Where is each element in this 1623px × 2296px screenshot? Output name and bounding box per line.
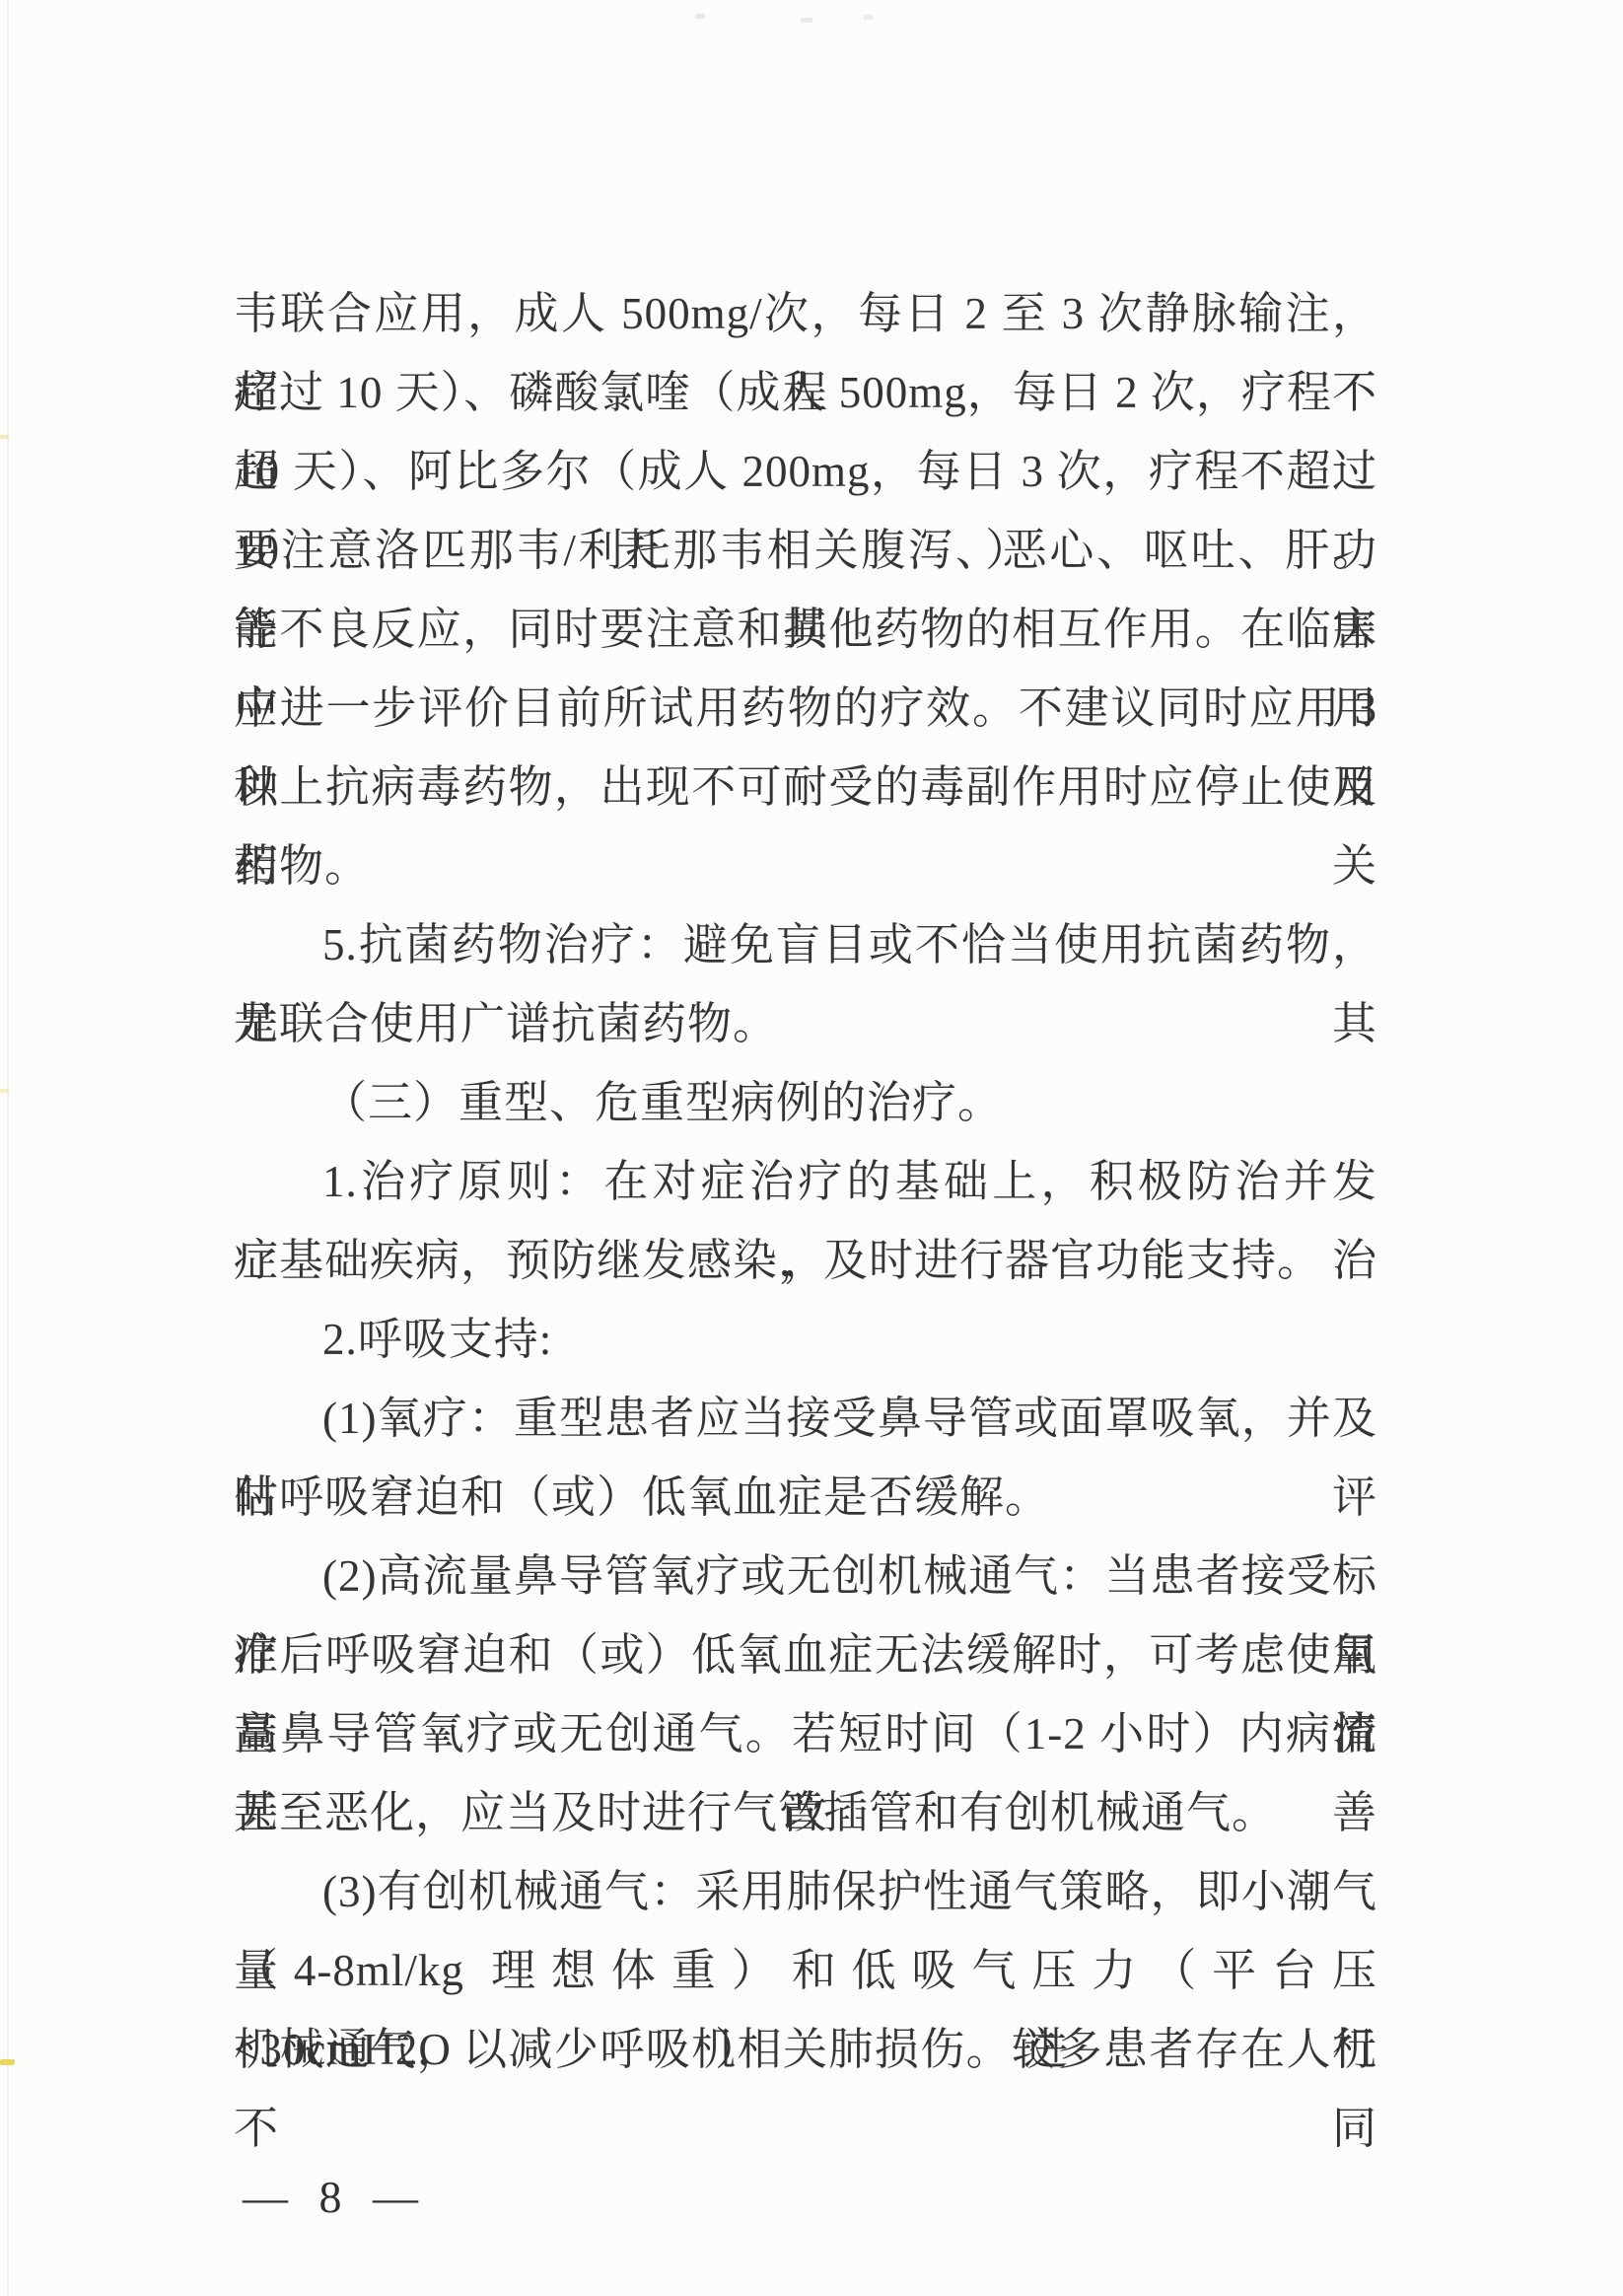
text-line: 2.呼吸支持: (234, 1300, 1377, 1379)
text-line: 韦联合应用，成人 500mg/次，每日 2 至 3 次静脉输注，疗程不 (234, 274, 1377, 353)
page-number: — 8 — (243, 2158, 428, 2237)
text-line: （4-8ml/kg 理想体重）和低吸气压力（平台压<30cmH2O）进行 (234, 1931, 1377, 2010)
scan-edge-line (7, 0, 9, 2296)
text-line: 10 天）、阿比多尔（成人 200mg，每日 3 次，疗程不超过 10 天）。 (234, 432, 1377, 511)
scan-artifact-speck (695, 14, 705, 19)
scan-artifact-speck (801, 18, 812, 23)
text-line: 量鼻导管氧疗或无创通气。若短时间（1-2 小时）内病情无改善 (234, 1694, 1377, 1773)
text-line: 以上抗病毒药物，出现不可耐受的毒副作用时应停止使用相关 (234, 748, 1377, 826)
scan-artifact-yellow-dash (0, 1089, 9, 1093)
text-line: 中进一步评价目前所试用药物的疗效。不建议同时应用 3 种及 (234, 669, 1377, 748)
text-line: 甚至恶化，应当及时进行气管插管和有创机械通气。 (234, 1773, 1377, 1852)
text-line: 机械通气，以减少呼吸机相关肺损伤。较多患者存在人机不同 (234, 2010, 1377, 2089)
document-page: 韦联合应用，成人 500mg/次，每日 2 至 3 次静脉输注，疗程不 超过 1… (0, 0, 1623, 2296)
text-line: 超过 10 天）、磷酸氯喹（成人 500mg，每日 2 次，疗程不超过 (234, 353, 1377, 432)
text-line: 1.治疗原则：在对症治疗的基础上，积极防治并发症，治 (234, 1142, 1377, 1221)
scan-artifact-yellow-dash (0, 2059, 15, 2065)
scan-artifact-yellow-dash (0, 435, 9, 439)
text-line: （三）重型、危重型病例的治疗。 (234, 1063, 1377, 1142)
text-line: 疗基础疾病，预防继发感染，及时进行器官功能支持。 (234, 1221, 1377, 1300)
text-line: 等不良反应，同时要注意和其他药物的相互作用。在临床应用 (234, 590, 1377, 669)
text-line: (1)氧疗：重型患者应当接受鼻导管或面罩吸氧，并及时评 (234, 1379, 1377, 1458)
scan-artifact-speck (864, 15, 873, 20)
text-line: (2)高流量鼻导管氧疗或无创机械通气：当患者接受标准氧 (234, 1537, 1377, 1615)
text-line: 要注意洛匹那韦/利托那韦相关腹泻、恶心、呕吐、肝功能损害 (234, 511, 1377, 590)
text-line: 5.抗菌药物治疗：避免盲目或不恰当使用抗菌药物，尤其 (234, 905, 1377, 984)
body-text: 韦联合应用，成人 500mg/次，每日 2 至 3 次静脉输注，疗程不 超过 1… (234, 274, 1377, 2089)
text-line: (3)有创机械通气：采用肺保护性通气策略，即小潮气量 (234, 1852, 1377, 1931)
text-line: 疗后呼吸窘迫和（或）低氧血症无法缓解时，可考虑使用高流 (234, 1615, 1377, 1694)
